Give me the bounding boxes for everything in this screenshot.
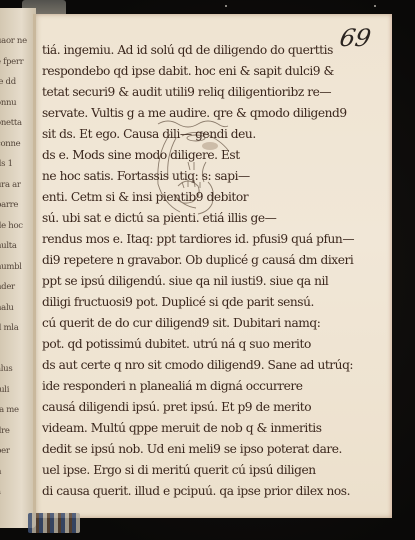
text-line: ds e. Mods sine modo diligere. Est bbox=[42, 145, 240, 165]
folio-number: 69 bbox=[338, 24, 373, 52]
text-line: servate. Vultis g a me audire. qre & qmo… bbox=[42, 103, 347, 123]
text-line: di causa querit. illud e pcipuú. qa ipse… bbox=[42, 481, 350, 501]
text-line: uel ipse. Ergo si di meritú querit cú ip… bbox=[42, 460, 316, 480]
facing-page-text: ta me bbox=[0, 405, 19, 415]
facing-page-text: a bbox=[0, 487, 1, 497]
facing-page-text: ds 1 bbox=[0, 159, 13, 169]
text-line: ne hoc satis. Fortassis utiq: s: sapi— bbox=[42, 166, 250, 186]
text-line: dedit se ipsú nob. Ud eni meli9 se ipso … bbox=[42, 439, 342, 459]
text-line: ide responderi n planealiá m digná occur… bbox=[42, 376, 303, 396]
facing-page-text: onetta bbox=[0, 118, 22, 128]
facing-page-text: parre bbox=[0, 200, 18, 210]
text-line: tetat securi9 & audit utili9 reliq dilig… bbox=[42, 82, 331, 102]
text-line: tiá. ingemiu. Ad id solú qd de diligendo… bbox=[42, 40, 333, 60]
facing-page-text: nulta bbox=[0, 241, 17, 251]
facing-page-text: ura ar bbox=[0, 180, 21, 190]
facing-page-text: onnu bbox=[0, 98, 16, 108]
facing-page-text: alus bbox=[0, 364, 12, 374]
facing-page-text: e fperr bbox=[0, 57, 23, 67]
text-line: videam. Multú qppe meruit de nob q & inm… bbox=[42, 418, 322, 438]
binding-bottom bbox=[28, 513, 80, 533]
text-line: cú querit de do cur diligend9 sit. Dubit… bbox=[42, 313, 320, 333]
facing-page-text: de hoc bbox=[0, 221, 23, 231]
text-line: sú. ubi sat e dictú sa pienti. etiá illi… bbox=[42, 208, 276, 228]
text-line: diligi fructuosi9 pot. Duplicé si qde pa… bbox=[42, 292, 314, 312]
facing-page-text: uaor ne bbox=[0, 36, 27, 46]
text-line: causá diligendi ipsú. pret ipsú. Et p9 d… bbox=[42, 397, 311, 417]
facing-page-text: nder bbox=[0, 282, 15, 292]
text-line: respondebo qd ipse dabit. hoc eni & sapi… bbox=[42, 61, 334, 81]
facing-page-text: dre bbox=[0, 426, 10, 436]
dust-speck bbox=[225, 5, 227, 7]
text-line: enti. Cetm si & insi pientib9 debitor bbox=[42, 187, 248, 207]
text-line: rendus mos e. Itaq: ppt tardiores id. pf… bbox=[42, 229, 354, 249]
facing-page-text: nalu bbox=[0, 303, 14, 313]
facing-page-text: le dd bbox=[0, 77, 16, 87]
text-line: ppt se ipsú diligendú. siue qa nil iusti… bbox=[42, 271, 328, 291]
text-line: sit ds. Et ego. Causa dili— gendi deu. bbox=[42, 124, 256, 144]
dust-speck bbox=[374, 5, 376, 7]
text-line: ds aut certe q nro sit cmodo diligend9. … bbox=[42, 355, 353, 375]
facing-page-edge: uaor nee fperrle ddonnuonettaconneds 1ur… bbox=[0, 8, 36, 528]
facing-page-text: conne bbox=[0, 139, 20, 149]
facing-page-text: humbl bbox=[0, 262, 22, 272]
facing-page-text: n bbox=[0, 467, 1, 477]
facing-page-text: d mla bbox=[0, 323, 19, 333]
facing-page-text: tuli bbox=[0, 385, 9, 395]
text-line: di9 repetere n gravabor. Ob duplicé g ca… bbox=[42, 250, 353, 270]
facing-page-text: per bbox=[0, 446, 10, 456]
page-gutter bbox=[33, 14, 36, 518]
text-line: pot. qd potissimú dubitet. utrú ná q suo… bbox=[42, 334, 311, 354]
